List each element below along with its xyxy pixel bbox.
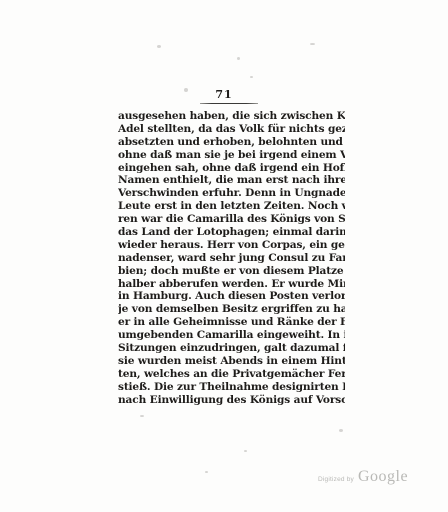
ink-speck: [310, 43, 315, 45]
text-line: in Hamburg. Auch diesen Posten verlor er…: [118, 290, 345, 303]
text-line: wieder heraus. Herr von Corpas, ein gebo…: [118, 239, 345, 252]
google-watermark: Digitized by Google: [318, 468, 408, 486]
ink-speck: [339, 429, 343, 432]
text-line: eingehen sah, ohne daß irgend ein Hofkal…: [118, 162, 345, 175]
text-line: Namen enthielt, die man erst nach ihrem …: [118, 174, 345, 187]
digitized-by-label: Digitized by: [318, 476, 354, 483]
text-line: Adel stellten, da das Volk für nichts ge…: [118, 123, 345, 136]
text-line: absetzten und erhoben, belohnten und hin…: [118, 136, 345, 149]
scanned-book-page: 71 ausgesehen haben, die sich zwischen K…: [0, 0, 448, 512]
text-line: nadenser, ward sehr jung Consul zu Faro …: [118, 252, 345, 265]
text-line: je von demselben Besitz ergriffen zu hab…: [118, 303, 345, 316]
text-line: das Land der Lotophagen; einmal darin, k…: [118, 226, 345, 239]
text-line: halber abberufen werden. Er wurde Minist…: [118, 278, 345, 291]
google-logo: Google: [358, 468, 408, 486]
ink-speck: [157, 45, 161, 48]
text-line: sie wurden meist Abends in einem Hinter-…: [118, 355, 345, 368]
text-line: Verschwinden erfuhr. Denn in Ungnade fie…: [118, 187, 345, 200]
body-text: ausgesehen haben, die sich zwischen Köni…: [118, 110, 345, 406]
text-line: er in alle Geheimnisse und Ränke der Fer…: [118, 316, 345, 329]
page-number: 71: [215, 88, 242, 101]
text-line: umgebenden Camarilla eingeweiht. In ihre…: [118, 329, 345, 342]
text-line: stieß. Die zur Theilnahme designirten Pe…: [118, 381, 345, 394]
ink-speck: [184, 88, 188, 92]
text-line: ohne daß man sie je bei irgend einem Vor…: [118, 149, 345, 162]
ink-speck: [250, 76, 253, 78]
text-line: Sitzungen einzudringen, galt dazumal für…: [118, 342, 345, 355]
text-line: nach Einwilligung des Königs auf Vorschl…: [118, 394, 345, 407]
text-line: ren war die Camarilla des Königs von Spa…: [118, 213, 345, 226]
text-line: bien; doch mußte er von diesem Platze sc…: [118, 265, 345, 278]
text-line: Leute erst in den letzten Zeiten. Noch v…: [118, 200, 345, 213]
text-line: ten, welches an die Privatgemächer Ferdi…: [118, 368, 345, 381]
ink-speck: [237, 57, 240, 60]
text-line: ausgesehen haben, die sich zwischen Köni…: [118, 110, 345, 123]
ink-speck: [244, 450, 247, 452]
header-rule: [200, 103, 258, 104]
ink-speck: [205, 471, 208, 473]
page-header: 71: [200, 83, 258, 104]
ink-speck: [140, 415, 144, 417]
